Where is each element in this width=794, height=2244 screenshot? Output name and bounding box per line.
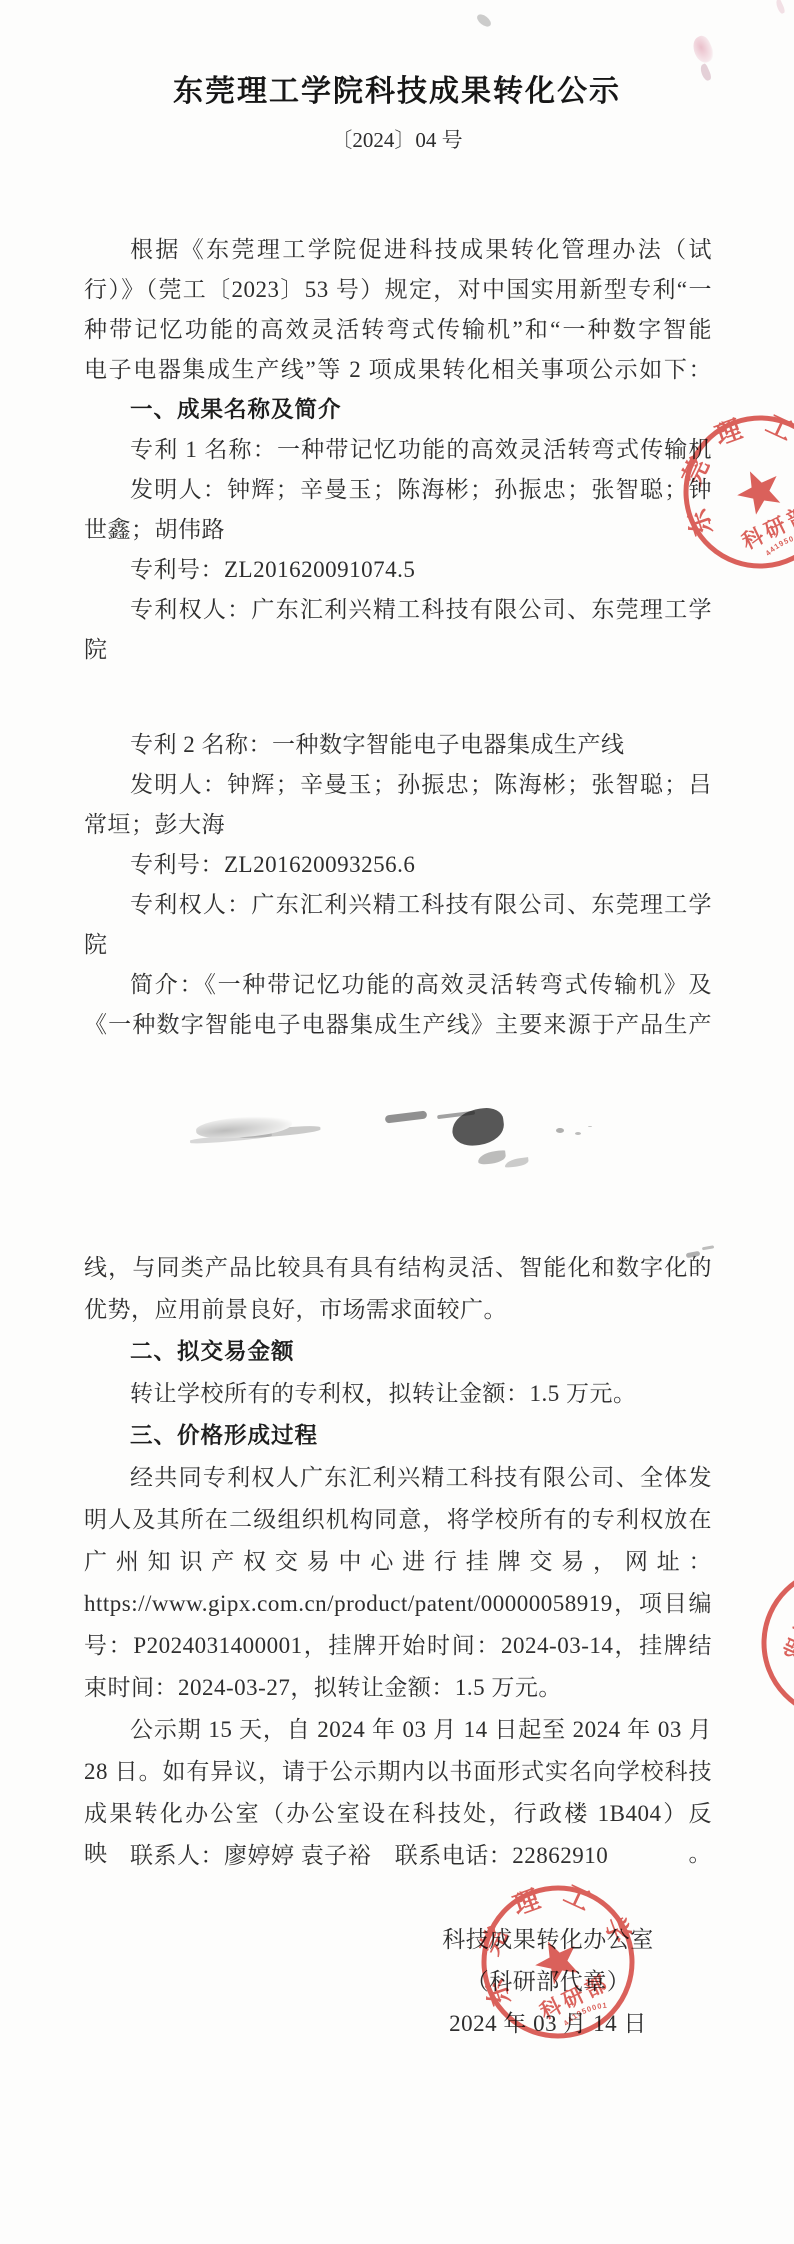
text-line: 广州知识产权交易中心进行挂牌交易，网址： [84,1542,712,1582]
document-title: 东莞理工学院科技成果转化公示 [0,66,794,110]
seal-org-text: 东莞理工学院 [776,1528,794,1766]
text-line: 发明人：钟辉；辛曼玉；陈海彬；孙振忠；张智聪；钟 [84,470,712,510]
text-line: 院 [84,630,712,670]
text-line: 发明人：钟辉；辛曼玉；孙振忠；陈海彬；张智聪；吕 [84,765,712,805]
text-line: 转让学校所有的专利权，拟转让金额：1.5 万元。 [84,1374,712,1414]
ink-smudge [450,1106,506,1148]
text-line: 种带记忆功能的高效灵活转弯式传输机”和“一种数字智能 [84,310,712,350]
text-line: 专利 2 名称：一种数字智能电子电器集成生产线 [84,725,712,765]
section-heading: 三、价格形成过程 [84,1416,712,1456]
scan-mark [475,12,493,29]
text-line: 专利 1 名称：一种带记忆功能的高效灵活转弯式传输机 [84,430,712,470]
text-line: 专利号：ZL201620093256.6 [84,845,712,885]
seal-graphic: 东莞理工学院 科研部 [711,1516,794,1770]
text-line: 《一种数字智能电子电器集成生产线》主要来源于产品生产 [84,1005,712,1045]
text-line: 常垣；彭大海 [84,805,712,845]
text-line: 行）》（莞工〔2023〕53 号）规定，对中国实用新型专利“一 [84,270,712,310]
text-line: 专利号：ZL201620091074.5 [84,550,712,590]
text-line: 号：P2024031400001，挂牌开始时间：2024-03-14，挂牌结 [84,1626,712,1666]
signature-line: （科研部代章） [388,1962,708,2002]
document-page: 东莞理工学院科技成果转化公示 〔2024〕04 号 根据《东莞理工学院促进科技成… [0,0,794,2244]
text-line: 优势，应用前景良好，市场需求面较广。 [84,1290,712,1330]
text-line: 公示期 15 天，自 2024 年 03 月 14 日起至 2024 年 03 … [84,1710,712,1750]
text-line: 成果转化办公室（办公室设在科技处，行政楼 1B404）反映。 [84,1794,712,1834]
signature-line: 2024 年 03 月 14 日 [388,2004,708,2044]
text-line: 院 [84,925,712,965]
ink-smudge [195,1113,292,1141]
text-line: 经共同专利权人广东汇利兴精工科技有限公司、全体发 [84,1458,712,1498]
text-line: 根据《东莞理工学院促进科技成果转化管理办法（试 [84,230,712,270]
svg-text:东莞理工学院: 东莞理工学院 [776,1528,794,1766]
text-line: 线，与同类产品比较具有具有结构灵活、智能化和数字化的 [84,1248,712,1288]
text-line: 28 日。如有异议，请于公示期内以书面形式实名向学校科技 [84,1752,712,1792]
text-line: 联系人：廖婷婷 袁子裕 联系电话：22862910 [84,1836,712,1876]
seal-dept-text: 科研部 [738,500,794,554]
text-line: 电子电器集成生产线”等 2 项成果转化相关事项公示如下： [84,350,712,390]
section-heading: 一、成果名称及简介 [84,390,712,430]
text-line: 简介：《一种带记忆功能的高效灵活转弯式传输机》及 [84,965,712,1005]
ink-smudge [556,1128,564,1133]
document-number: 〔2024〕04 号 [0,124,794,154]
text-line: 明人及其所在二级组织机构同意，将学校所有的专利权放在 [84,1500,712,1540]
official-seal-partial-right: 东莞理工学院 科研部 [711,1516,794,1770]
pink-smudge [689,34,716,66]
text-line: 束时间：2024-03-27，拟转让金额：1.5 万元。 [84,1668,712,1708]
text-line: 专利权人：广东汇利兴精工科技有限公司、东莞理工学 [84,885,712,925]
section-heading: 二、拟交易金额 [84,1332,712,1372]
seal-dept-text: 科研部 [776,1588,794,1666]
ink-smudge [385,1110,428,1123]
star-icon [730,462,788,519]
text-line: 世鑫；胡伟路 [84,510,712,550]
signature-line: 科技成果转化办公室 [388,1920,708,1960]
text-line: 专利权人：广东汇利兴精工科技有限公司、东莞理工学 [84,590,712,630]
text-line: https://www.gipx.com.cn/product/patent/0… [84,1584,712,1624]
